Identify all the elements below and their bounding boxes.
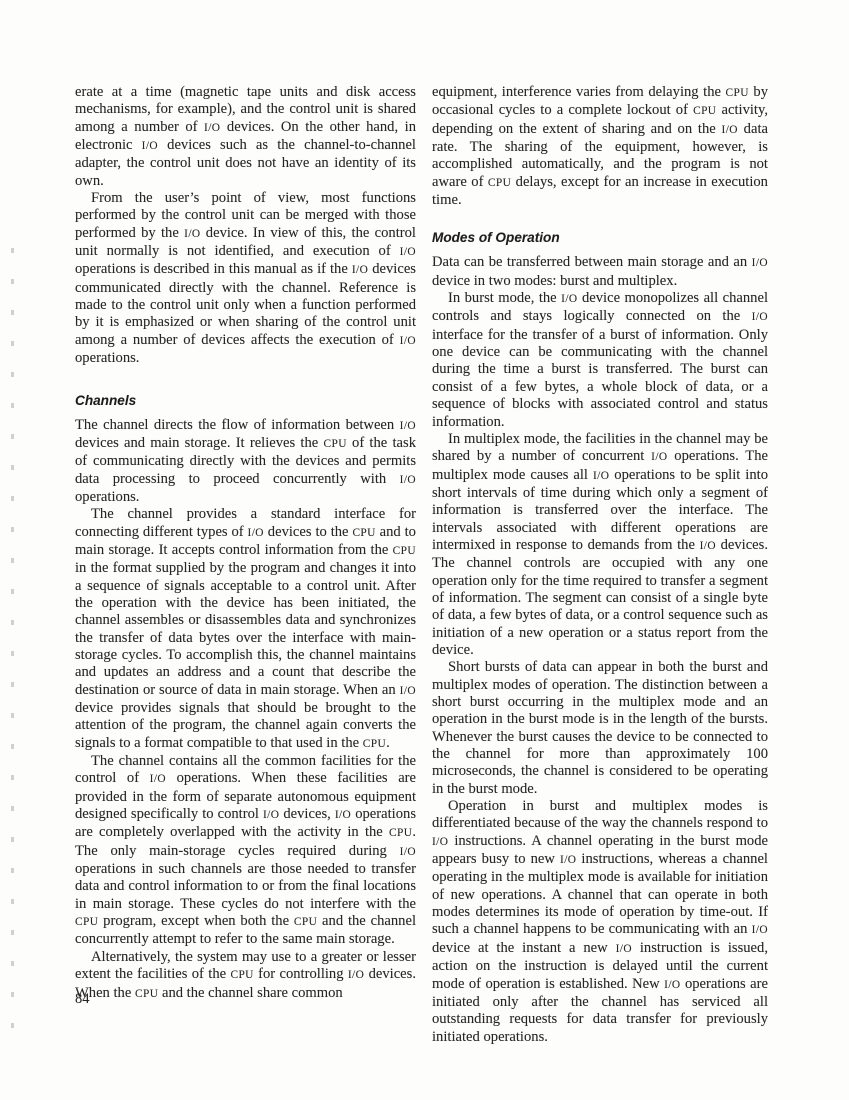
page-number: 84 bbox=[75, 991, 90, 1008]
scanned-manual-page: erate at a time (magnetic tape units and… bbox=[0, 0, 849, 1100]
paragraph: In burst mode, the I/O device monopolize… bbox=[432, 290, 768, 431]
left-column: erate at a time (magnetic tape units and… bbox=[75, 84, 416, 1003]
paragraph-continuation: equipment, interference varies from dela… bbox=[432, 84, 768, 209]
paragraph: Data can be transferred between main sto… bbox=[432, 254, 768, 290]
paragraph: Alternatively, the system may use to a g… bbox=[75, 949, 416, 1003]
paragraph: In multiplex mode, the facilities in the… bbox=[432, 431, 768, 659]
paragraph-continuation: erate at a time (magnetic tape units and… bbox=[75, 84, 416, 190]
section-heading-channels: Channels bbox=[75, 393, 416, 409]
paragraph: From the user’s point of view, most func… bbox=[75, 190, 416, 367]
paragraph: The channel provides a standard interfac… bbox=[75, 506, 416, 753]
paragraph: Short bursts of data can appear in both … bbox=[432, 659, 768, 798]
scan-binding-marks bbox=[11, 248, 14, 1036]
right-column: equipment, interference varies from dela… bbox=[432, 84, 768, 1046]
paragraph: Operation in burst and multiplex modes i… bbox=[432, 798, 768, 1046]
paragraph: The channel contains all the common faci… bbox=[75, 753, 416, 949]
section-heading-modes-of-operation: Modes of Operation bbox=[432, 230, 768, 246]
paragraph: The channel directs the flow of informat… bbox=[75, 417, 416, 507]
